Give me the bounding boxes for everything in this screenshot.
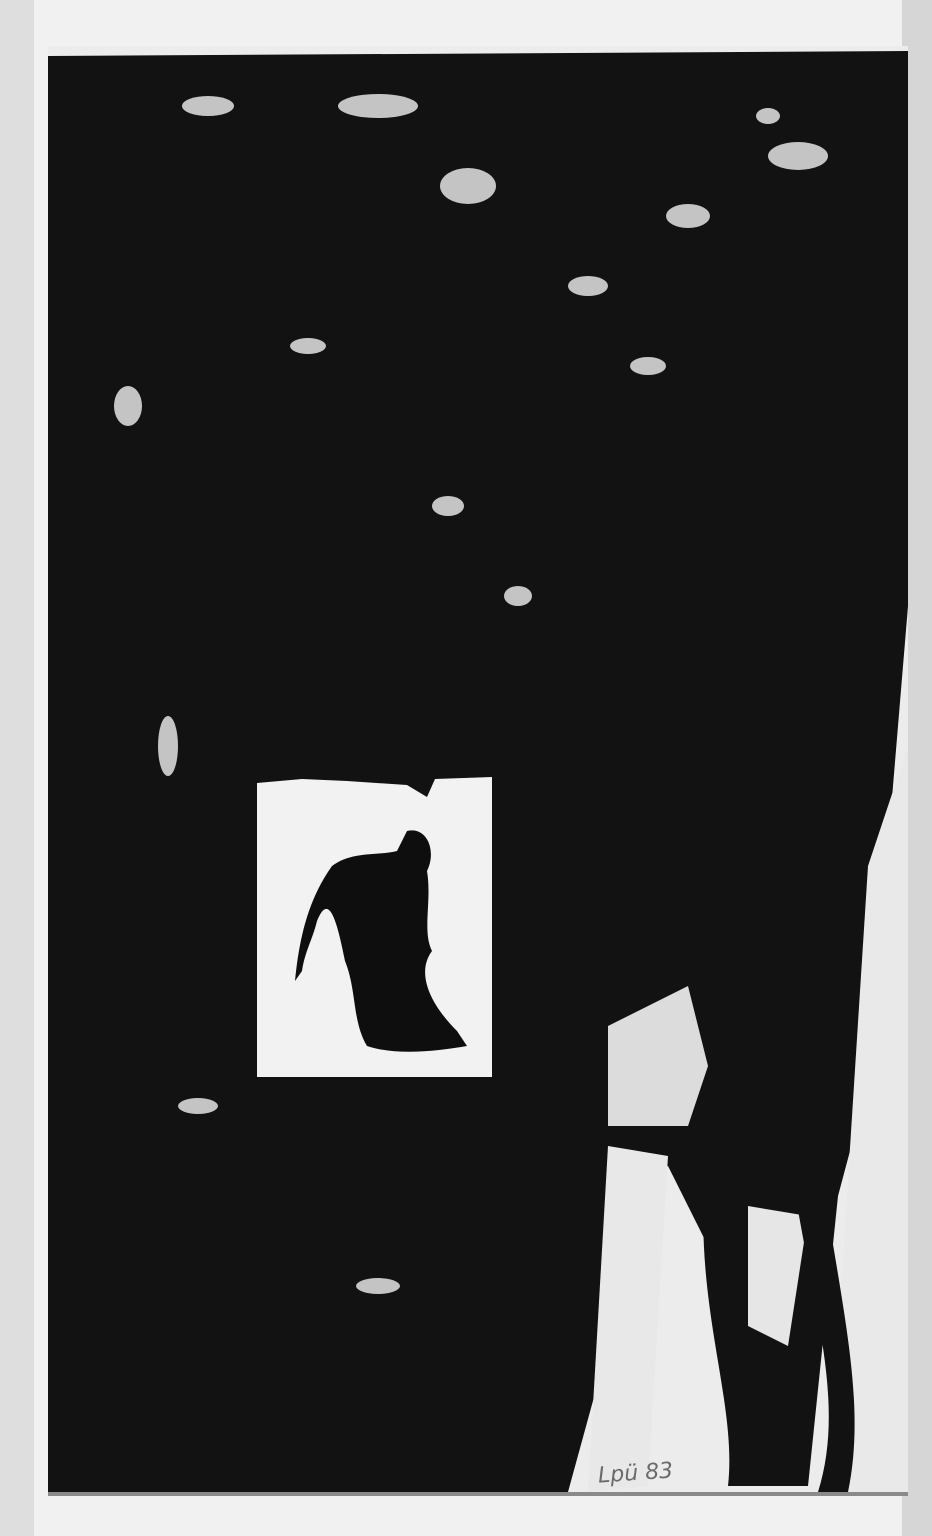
ink-painting bbox=[48, 46, 908, 1492]
inset-figure-panel bbox=[257, 771, 492, 1077]
paper-sheet bbox=[48, 46, 908, 1492]
frame-left-edge bbox=[0, 0, 34, 1536]
artist-signature: Lpü 83 bbox=[597, 1458, 674, 1488]
sheet-bottom-shadow bbox=[48, 1492, 908, 1496]
